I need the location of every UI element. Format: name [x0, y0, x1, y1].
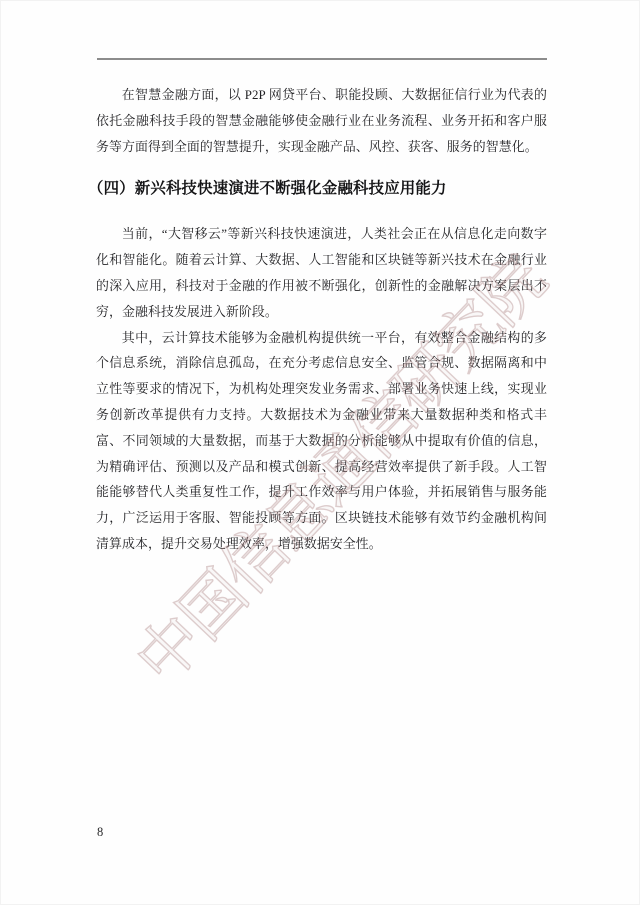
page-content: 在智慧金融方面，以 P2P 网贷平台、职能投顾、大数据征信行业为代表的依托金融科…: [96, 83, 547, 558]
page-number: 8: [97, 825, 103, 840]
paragraph-emerging-tech: 当前，“大智移云”等新兴科技快速演进，人类社会正在从信息化走向数字化和智能化。随…: [96, 222, 547, 325]
section-heading: （四）新兴科技快速演进不断强化金融科技应用能力: [88, 177, 547, 201]
paragraph-tech-detail: 其中，云计算技术能够为金融机构提供统一平台，有效整合金融结构的多个信息系统，消除…: [96, 326, 547, 558]
paragraph-smart-finance: 在智慧金融方面，以 P2P 网贷平台、职能投顾、大数据征信行业为代表的依托金融科…: [96, 83, 547, 160]
header-rule: [97, 58, 547, 60]
document-page: 中国信息通信研究院 在智慧金融方面，以 P2P 网贷平台、职能投顾、大数据征信行…: [0, 0, 640, 905]
